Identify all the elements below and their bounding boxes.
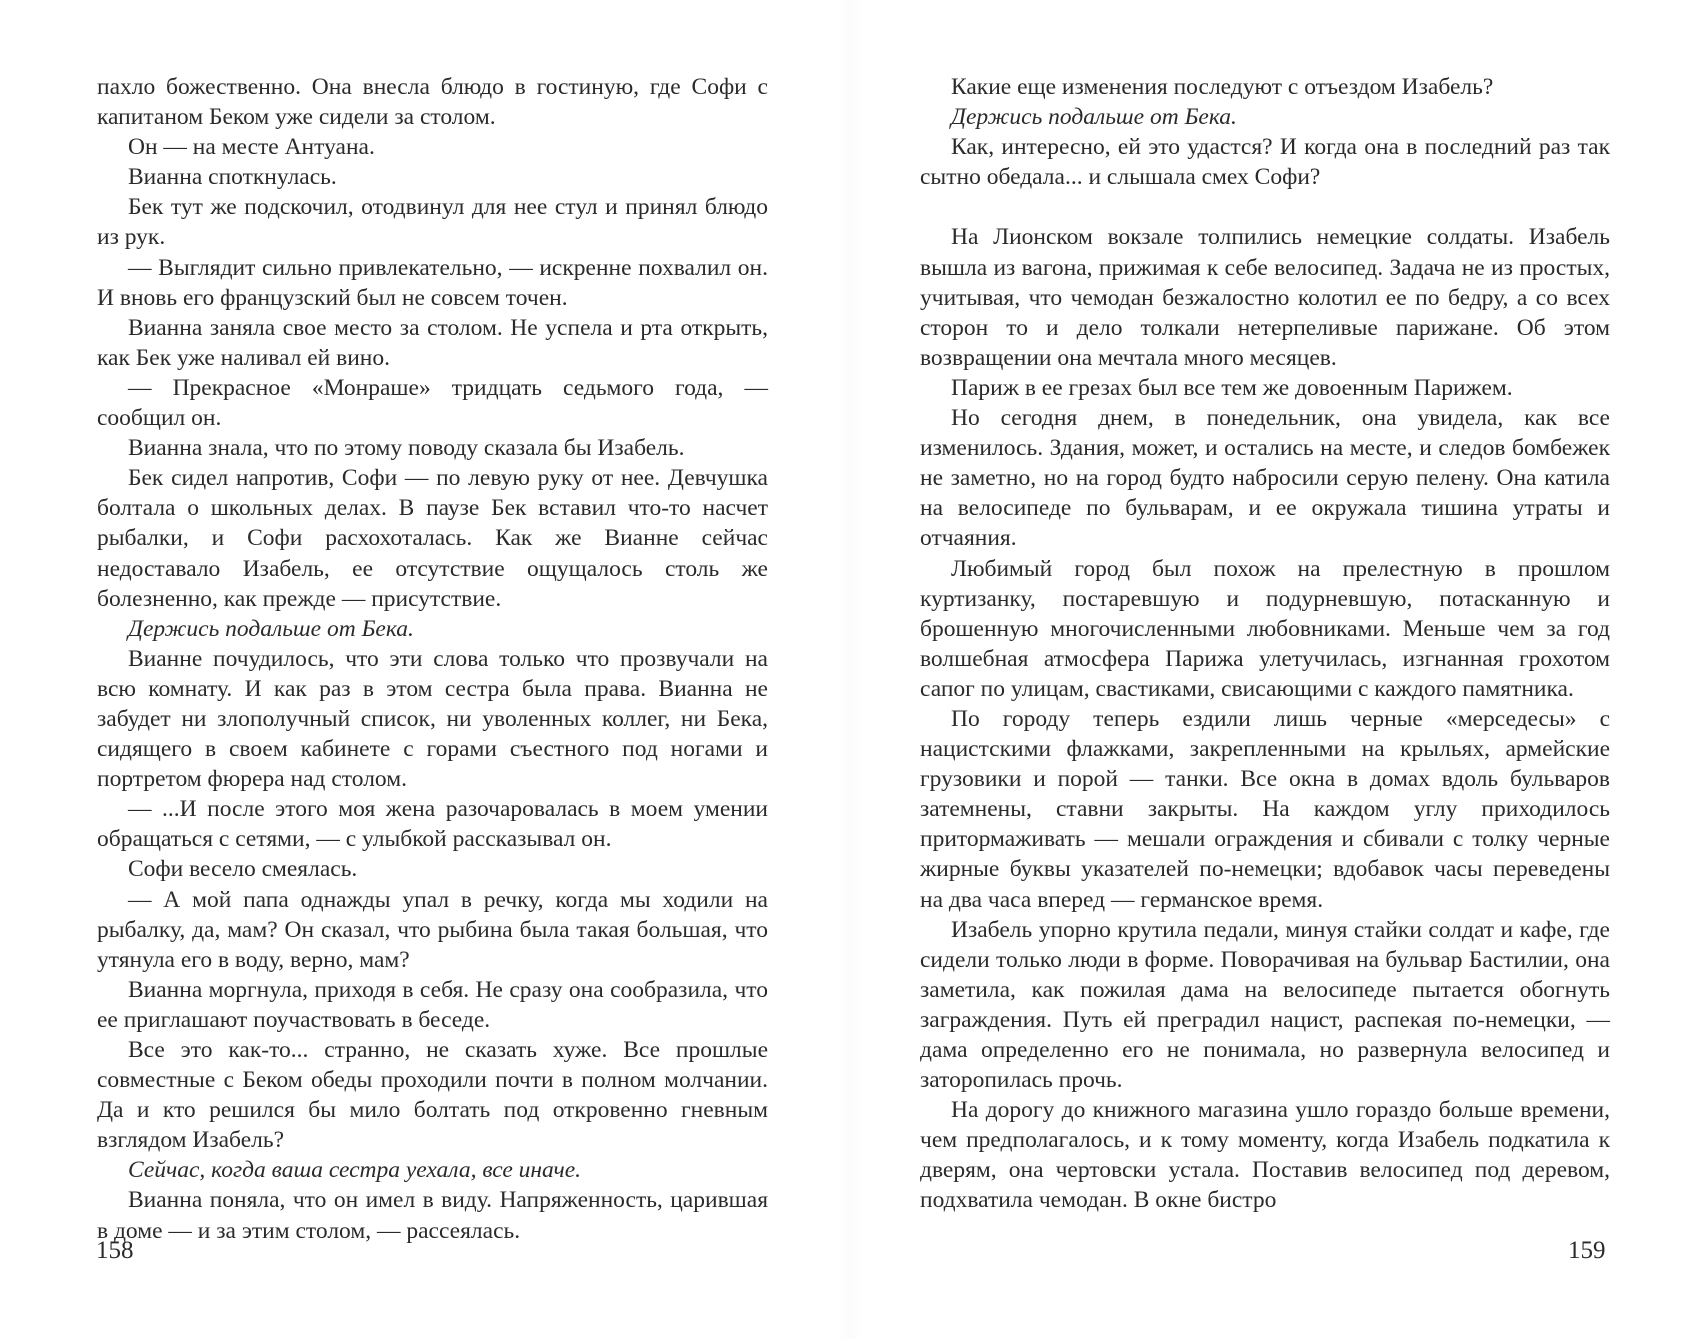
paragraph: Все это как-то... странно, не сказать ху… bbox=[97, 1035, 768, 1155]
paragraph: Софи весело смеялась. bbox=[97, 854, 768, 884]
paragraph: Париж в ее грезах был все тем же довоенн… bbox=[920, 373, 1610, 403]
paragraph: — А мой папа однажды упал в речку, когда… bbox=[97, 885, 768, 975]
paragraph: Вианне почудилось, что эти слова только … bbox=[97, 644, 768, 794]
left-page-text: пахло божественно. Она внесла блюдо в го… bbox=[97, 72, 768, 1246]
paragraph: На дорогу до книжного магазина ушло гора… bbox=[920, 1095, 1610, 1215]
italic-thought: Держись подальше от Бека. bbox=[97, 614, 768, 644]
paragraph: — Прекрасное «Монраше» тридцать седьмого… bbox=[97, 373, 768, 433]
paragraph: Бек сидел напротив, Софи — по левую руку… bbox=[97, 463, 768, 613]
italic-thought: Держись подальше от Бека. bbox=[920, 102, 1610, 132]
paragraph: Вианна поняла, что он имел в виду. Напря… bbox=[97, 1185, 768, 1245]
page-number-left: 158 bbox=[96, 1236, 134, 1266]
paragraph: Как, интересно, ей это удастся? И когда … bbox=[920, 132, 1610, 192]
paragraph: пахло божественно. Она внесла блюдо в го… bbox=[97, 72, 768, 132]
paragraph: На Лионском вокзале толпились немецкие с… bbox=[920, 222, 1610, 372]
section-break bbox=[920, 192, 1610, 222]
paragraph: Вианна знала, что по этому поводу сказал… bbox=[97, 433, 768, 463]
paragraph: Он — на месте Антуана. bbox=[97, 132, 768, 162]
page-number-right: 159 bbox=[1568, 1236, 1606, 1266]
left-page: пахло божественно. Она внесла блюдо в го… bbox=[0, 0, 850, 1339]
paragraph: Вианна заняла свое место за столом. Не у… bbox=[97, 313, 768, 373]
paragraph: Любимый город был похож на прелестную в … bbox=[920, 554, 1610, 704]
paragraph: Какие еще изменения последуют с отъездом… bbox=[920, 72, 1610, 102]
paragraph: Но сегодня днем, в понедельник, она увид… bbox=[920, 403, 1610, 553]
paragraph: Бек тут же подскочил, отодвинул для нее … bbox=[97, 192, 768, 252]
paragraph: Вианна споткнулась. bbox=[97, 162, 768, 192]
paragraph: Изабель упорно крутила педали, минуя ста… bbox=[920, 915, 1610, 1096]
paragraph: По городу теперь ездили лишь черные «мер… bbox=[920, 704, 1610, 915]
right-page-text: Какие еще изменения последуют с отъездом… bbox=[920, 72, 1610, 1216]
italic-thought: Сейчас, когда ваша сестра уехала, все ин… bbox=[97, 1155, 768, 1185]
paragraph: — ...И после этого моя жена разочаровала… bbox=[97, 794, 768, 854]
paragraph: Вианна моргнула, приходя в себя. Не сраз… bbox=[97, 975, 768, 1035]
right-page: Какие еще изменения последуют с отъездом… bbox=[850, 0, 1700, 1339]
paragraph: — Выглядит сильно привлекательно, — искр… bbox=[97, 253, 768, 313]
